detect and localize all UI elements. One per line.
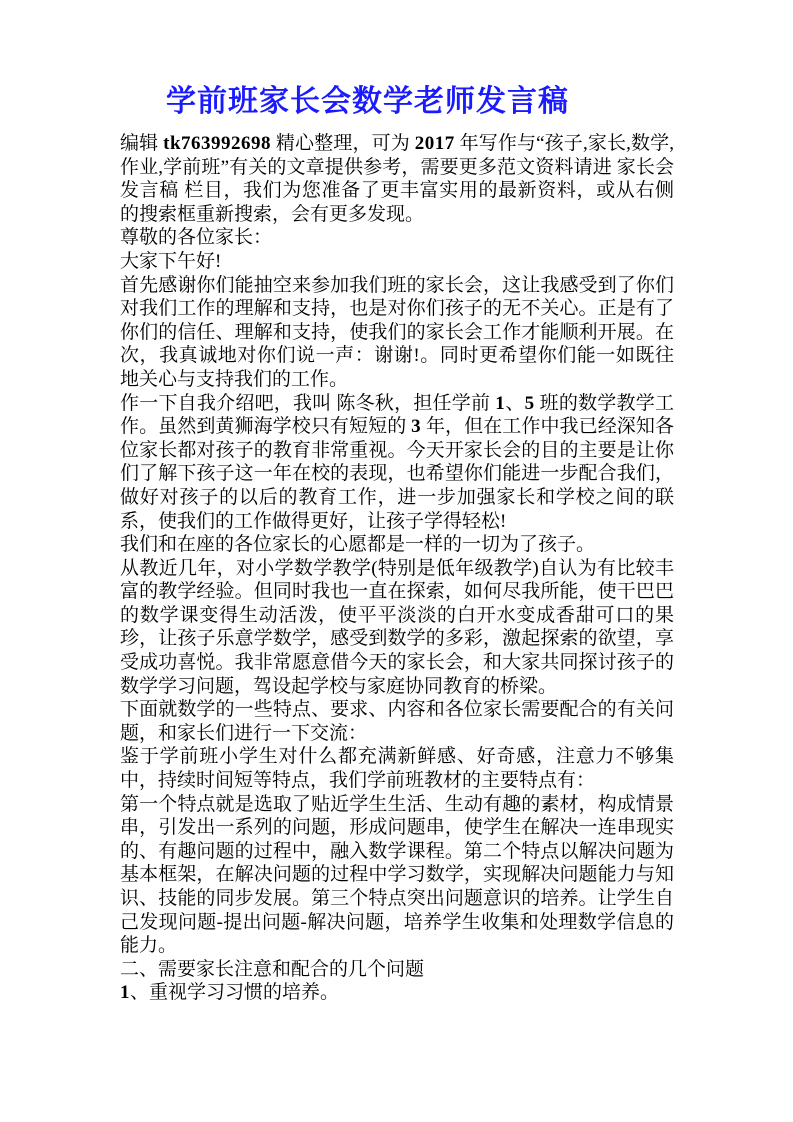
document-content: 学前班家长会数学老师发言稿 编辑 tk763992698 精心整理，可为 201…: [120, 84, 674, 1005]
document-body: 编辑 tk763992698 精心整理，可为 2017 年写作与“孩子,家长,数…: [120, 132, 674, 1005]
paragraph: 尊敬的各位家长：: [120, 226, 674, 250]
paragraph: 大家下午好!: [120, 250, 674, 274]
paragraph: 编辑 tk763992698 精心整理，可为 2017 年写作与“孩子,家长,数…: [120, 132, 674, 226]
paragraph: 首先感谢你们能抽空来参加我们班的家长会，这让我感受到了你们对我们工作的理解和支持…: [120, 274, 674, 392]
document-title: 学前班家长会数学老师发言稿: [120, 84, 674, 120]
paragraph: 第一个特点就是选取了贴近学生生活、生动有趣的素材，构成情景串，引发出一系列的问题…: [120, 793, 674, 958]
paragraph: 我们和在座的各位家长的心愿都是一样的一切为了孩子。: [120, 533, 674, 557]
paragraph: 鉴于学前班小学生对什么都充满新鲜感、好奇感，注意力不够集中，持续时间短等特点，我…: [120, 745, 674, 792]
paragraph: 下面就数学的一些特点、要求、内容和各位家长需要配合的有关问题，和家长们进行一下交…: [120, 698, 674, 745]
paragraph: 二、需要家长注意和配合的几个问题: [120, 958, 674, 982]
paragraph: 1、重视学习习惯的培养。: [120, 981, 674, 1005]
paragraph: 作一下自我介绍吧，我叫 陈冬秋，担任学前 1、5 班的数学教学工作。虽然到黄狮海…: [120, 392, 674, 534]
document-page: 学前班家长会数学老师发言稿 编辑 tk763992698 精心整理，可为 201…: [0, 0, 793, 1122]
paragraph: 从教近几年，对小学数学教学(特别是低年级教学)自认为有比较丰富的教学经验。但同时…: [120, 557, 674, 699]
